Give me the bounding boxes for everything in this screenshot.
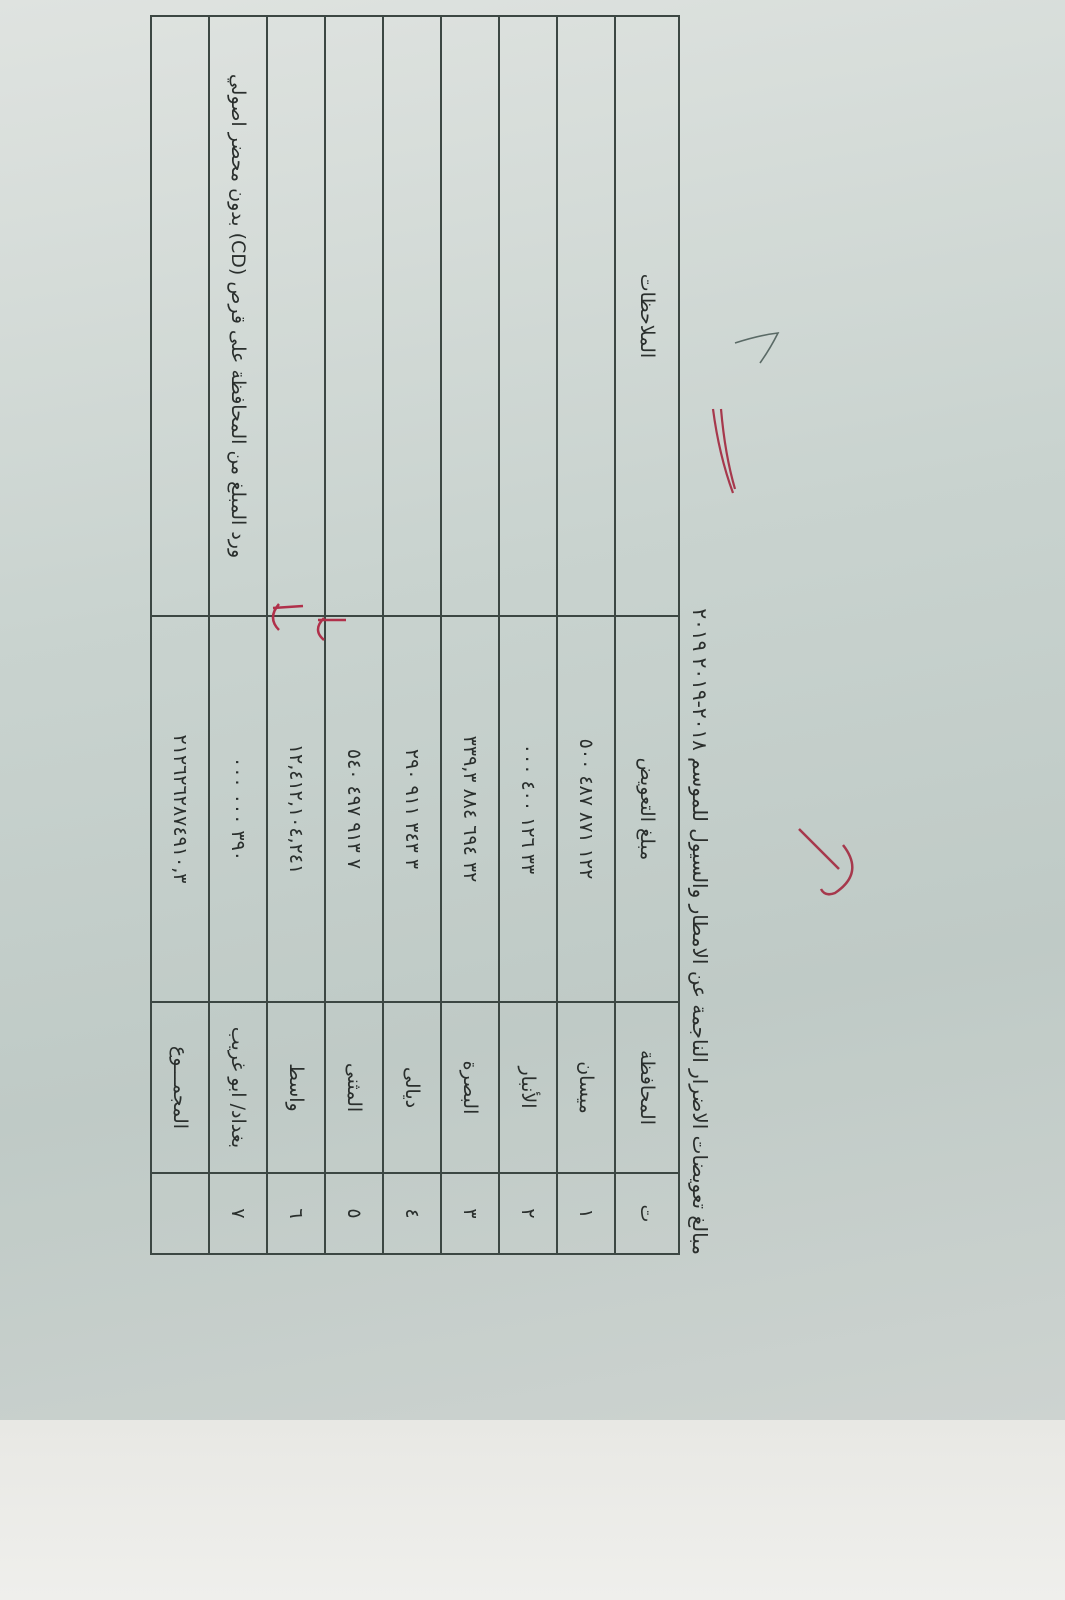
total-label: المجمـــوع: [151, 1002, 209, 1173]
header-notes: الملاحظات: [615, 16, 679, 616]
row-governorate: الأنبار: [499, 1002, 557, 1173]
row-notes: [499, 16, 557, 616]
table-surface: [0, 1420, 1065, 1600]
row-governorate: بغداد/ ابو غريب: [209, 1002, 267, 1173]
row-notes: [557, 16, 615, 616]
row-governorate: البصرة: [441, 1002, 499, 1173]
row-number: ٥: [325, 1173, 383, 1254]
row-amount: ١٢٢ ٨٧١ ٤٨٧ ٥٠٠: [557, 616, 615, 1002]
total-number-cell: [151, 1173, 209, 1254]
row-number: ٢: [499, 1173, 557, 1254]
row-governorate: ميسان: [557, 1002, 615, 1173]
row-governorate: واسط: [267, 1002, 325, 1173]
row-notes: [267, 16, 325, 616]
row-number: ٧: [209, 1173, 267, 1254]
table-header-row: ت المحافظة مبلغ التعويض الملاحظات: [615, 16, 679, 1254]
row-notes: [383, 16, 441, 616]
row-amount: ٣٩٠ ٠٠٠ ٠٠٠: [209, 616, 267, 1002]
row-governorate: المثنى: [325, 1002, 383, 1173]
total-amount: ٢١٢٦٢٦٢٨٧٤٩١٠,٣: [151, 616, 209, 1002]
table-row: ٦ واسط ١٢,٤١٢,١٠٤,٢٤١: [267, 16, 325, 1254]
header-amount: مبلغ التعويض: [615, 616, 679, 1002]
compensation-table: ت المحافظة مبلغ التعويض الملاحظات ١ ميسا…: [150, 15, 680, 1255]
row-amount: ٣٣ ١٢٦ ٤٠٠ ٠٠٠: [499, 616, 557, 1002]
document-title: مبالغ تعويضات الاضرار الناجمة عن الامطار…: [688, 15, 712, 1255]
table-total-row: المجمـــوع ٢١٢٦٢٦٢٨٧٤٩١٠,٣: [151, 16, 209, 1254]
header-governorate: المحافظة: [615, 1002, 679, 1173]
row-notes: [441, 16, 499, 616]
table-row: ٥ المثنى ٧ ٩١٣ ٤٩٧ ٥٤٠: [325, 16, 383, 1254]
table-row: ٤ ديالى ٣ ٣٤٣ ٩١١ ٢٩٠: [383, 16, 441, 1254]
table-row: ١ ميسان ١٢٢ ٨٧١ ٤٨٧ ٥٠٠: [557, 16, 615, 1254]
row-amount: ٧ ٩١٣ ٤٩٧ ٥٤٠: [325, 616, 383, 1002]
row-amount: ٣ ٣٤٣ ٩١١ ٢٩٠: [383, 616, 441, 1002]
row-number: ٣: [441, 1173, 499, 1254]
table-row: ٢ الأنبار ٣٣ ١٢٦ ٤٠٠ ٠٠٠: [499, 16, 557, 1254]
row-number: ٤: [383, 1173, 441, 1254]
row-notes: [325, 16, 383, 616]
row-governorate: ديالى: [383, 1002, 441, 1173]
row-amount: ١٢,٤١٢,١٠٤,٢٤١: [267, 616, 325, 1002]
row-number: ٦: [267, 1173, 325, 1254]
total-notes-cell: [151, 16, 209, 616]
compensation-document: مبالغ تعويضات الاضرار الناجمة عن الامطار…: [150, 15, 710, 1255]
table-row: ٣ البصرة ٣٢ ٦٩٤ ٨٨٤ ٣٣٩,٣: [441, 16, 499, 1254]
row-notes: ورد المبلغ من المحافظة على قرص (CD) بدون…: [209, 16, 267, 616]
header-number: ت: [615, 1173, 679, 1254]
table-row: ٧ بغداد/ ابو غريب ٣٩٠ ٠٠٠ ٠٠٠ ورد المبلغ…: [209, 16, 267, 1254]
row-number: ١: [557, 1173, 615, 1254]
row-amount: ٣٢ ٦٩٤ ٨٨٤ ٣٣٩,٣: [441, 616, 499, 1002]
